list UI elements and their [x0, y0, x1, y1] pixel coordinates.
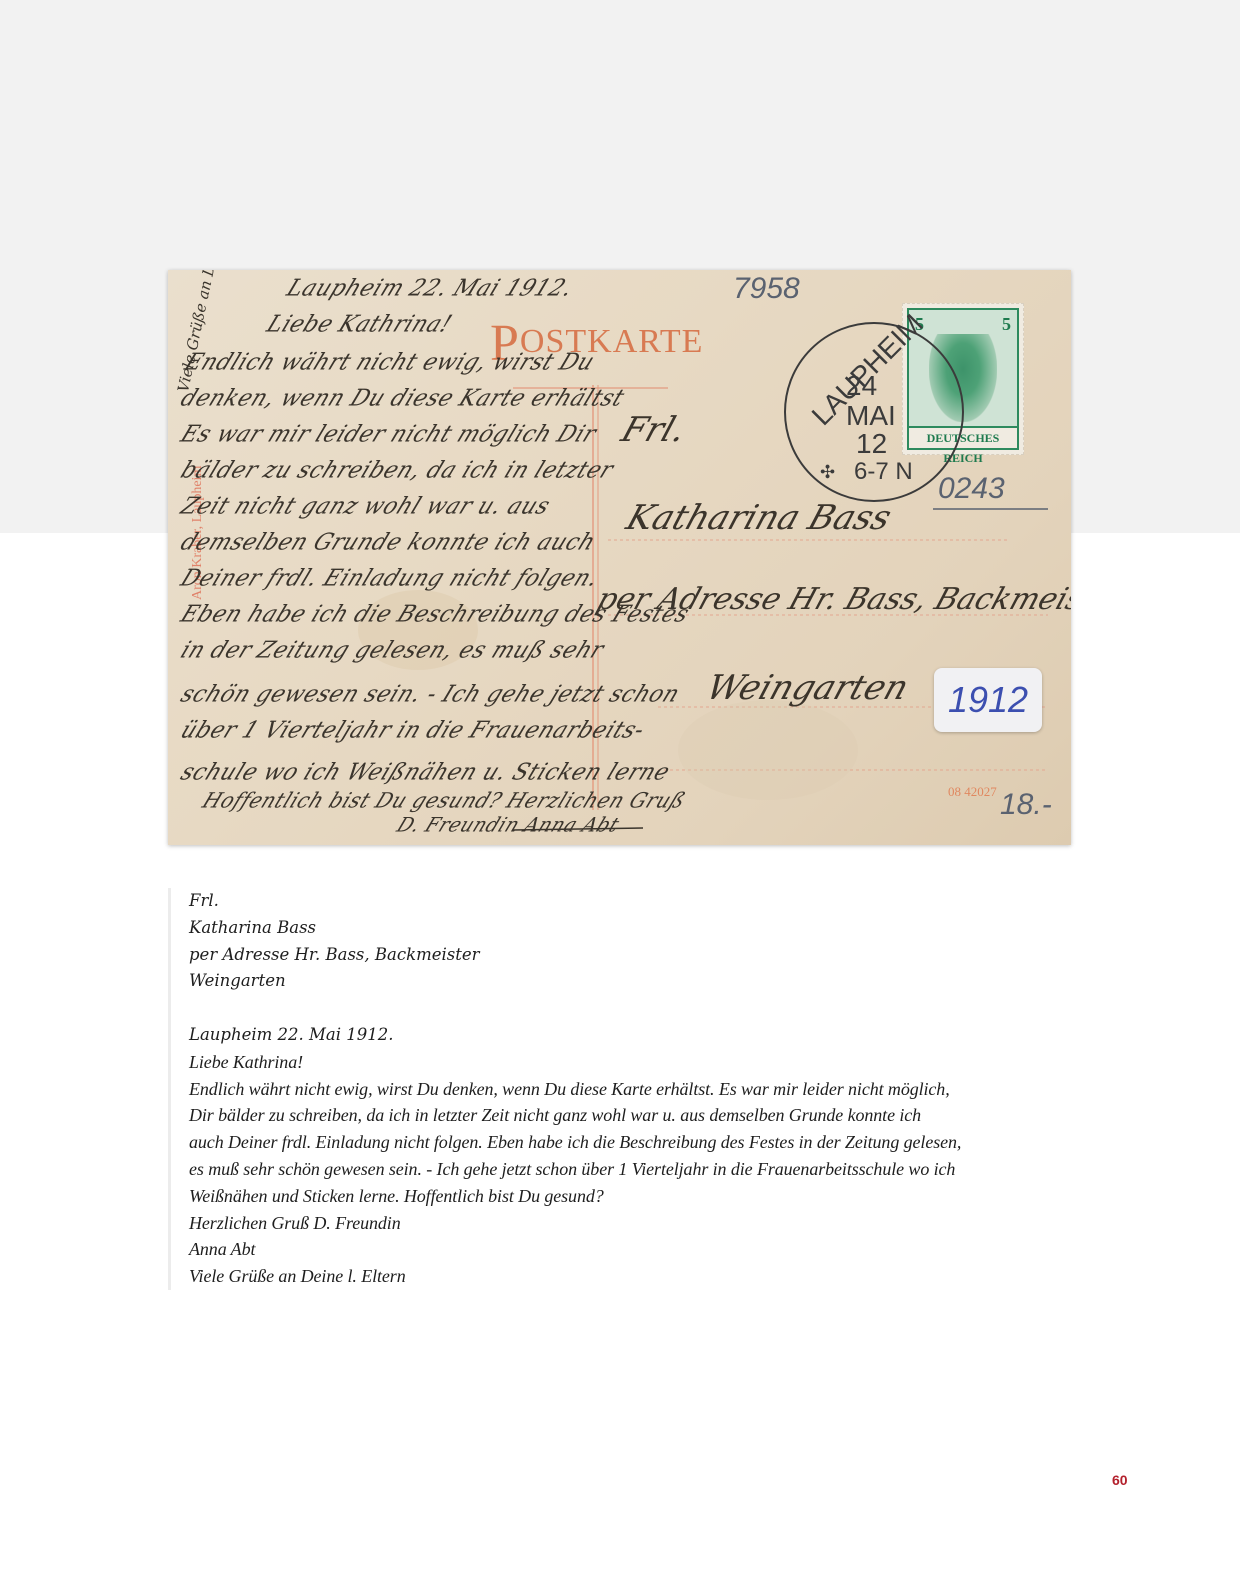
letter-postscript: Viele Grüße an Deine l. Eltern: [189, 1263, 1089, 1290]
address-line: Katharina Bass: [189, 915, 1089, 942]
handwritten-date: Laupheim 22. Mai 1912.: [283, 275, 577, 301]
address-line: per Adresse Hr. Bass, Backmeister: [189, 942, 1089, 969]
transcript-letter: Laupheim 22. Mai 1912. Liebe Kathrina! E…: [189, 1022, 1089, 1290]
handwritten-line: bälder zu schreiben, da ich in letzter: [177, 457, 618, 483]
handwritten-line: Hoffentlich bist Du gesund? Herzlichen G…: [199, 787, 690, 812]
address-salutation: Frl.: [617, 410, 692, 450]
page-number: 60: [1112, 1472, 1128, 1488]
address-care-of: per Adresse Hr. Bass, Backmeister: [592, 582, 1071, 617]
postmark-time: 6-7 N: [854, 458, 913, 486]
address-name: Katharina Bass: [622, 498, 897, 538]
inventory-number: 7958: [733, 272, 800, 306]
letter-body-line: Dir bälder zu schreiben, da ich in letzt…: [189, 1102, 1089, 1129]
transcription-block: Frl. Katharina Bass per Adresse Hr. Bass…: [168, 888, 1089, 1290]
address-line: Weingarten: [189, 968, 1089, 995]
handwritten-line: Zeit nicht ganz wohl war u. aus: [177, 493, 554, 519]
letter-closing: Herzlichen Gruß D. Freundin: [189, 1210, 1089, 1237]
postcard-image: POSTKARTE Aron Kraber, Laupheim Laupheim…: [168, 270, 1071, 845]
address-line: Frl.: [189, 888, 1089, 915]
letter-body-line: es muß sehr schön gewesen sein. - Ich ge…: [189, 1156, 1089, 1183]
letter-body-line: Endlich währt nicht ewig, wirst Du denke…: [189, 1076, 1089, 1103]
postmark-ornament-icon: ✣: [820, 462, 835, 483]
letter-body-line: auch Deiner frdl. Einladung nicht folgen…: [189, 1129, 1089, 1156]
handwritten-greeting: Liebe Kathrina!: [263, 311, 456, 337]
handwritten-line: Endlich währt nicht ewig, wirst Du: [181, 349, 599, 375]
handwritten-line: demselben Grunde konnte ich auch: [177, 529, 600, 555]
address-city: Weingarten: [702, 668, 914, 708]
handwritten-line: Es war mir leider nicht möglich Dir: [177, 421, 600, 447]
transcript-address: Frl. Katharina Bass per Adresse Hr. Bass…: [189, 888, 1089, 995]
handwritten-line: denken, wenn Du diese Karte erhältst: [177, 385, 629, 411]
handwritten-line: Deiner frdl. Einladung nicht folgen.: [177, 565, 603, 591]
handwritten-signature: D. Freundin Anna Abt: [393, 813, 623, 836]
letter-signature: Anna Abt: [189, 1236, 1089, 1263]
serial-number: 08 42027: [948, 784, 997, 800]
handwritten-line: über 1 Vierteljahr in die Frauenarbeits-: [177, 717, 649, 743]
postmark: LAUPHEIM 24 MAI 12 6-7 N ✣: [784, 322, 964, 502]
handwritten-line: in der Zeitung gelesen, es muß sehr: [177, 637, 608, 663]
postmark-day: 24: [846, 370, 877, 402]
stamp-value-right: 5: [1002, 314, 1011, 335]
reference-number: 0243: [938, 472, 1005, 506]
year-label-sticker: 1912: [934, 668, 1042, 732]
postmark-year: 12: [856, 428, 887, 460]
letter-body-line: Weißnähen und Sticken lerne. Hoffentlich…: [189, 1183, 1089, 1210]
price-note: 18.-: [1000, 788, 1052, 822]
letter-date: Laupheim 22. Mai 1912.: [189, 1022, 1089, 1049]
handwritten-line: schule wo ich Weißnähen u. Sticken lerne: [177, 759, 674, 785]
letter-greeting: Liebe Kathrina!: [189, 1049, 1089, 1076]
handwritten-line: schön gewesen sein. - Ich gehe jetzt sch…: [177, 681, 684, 707]
